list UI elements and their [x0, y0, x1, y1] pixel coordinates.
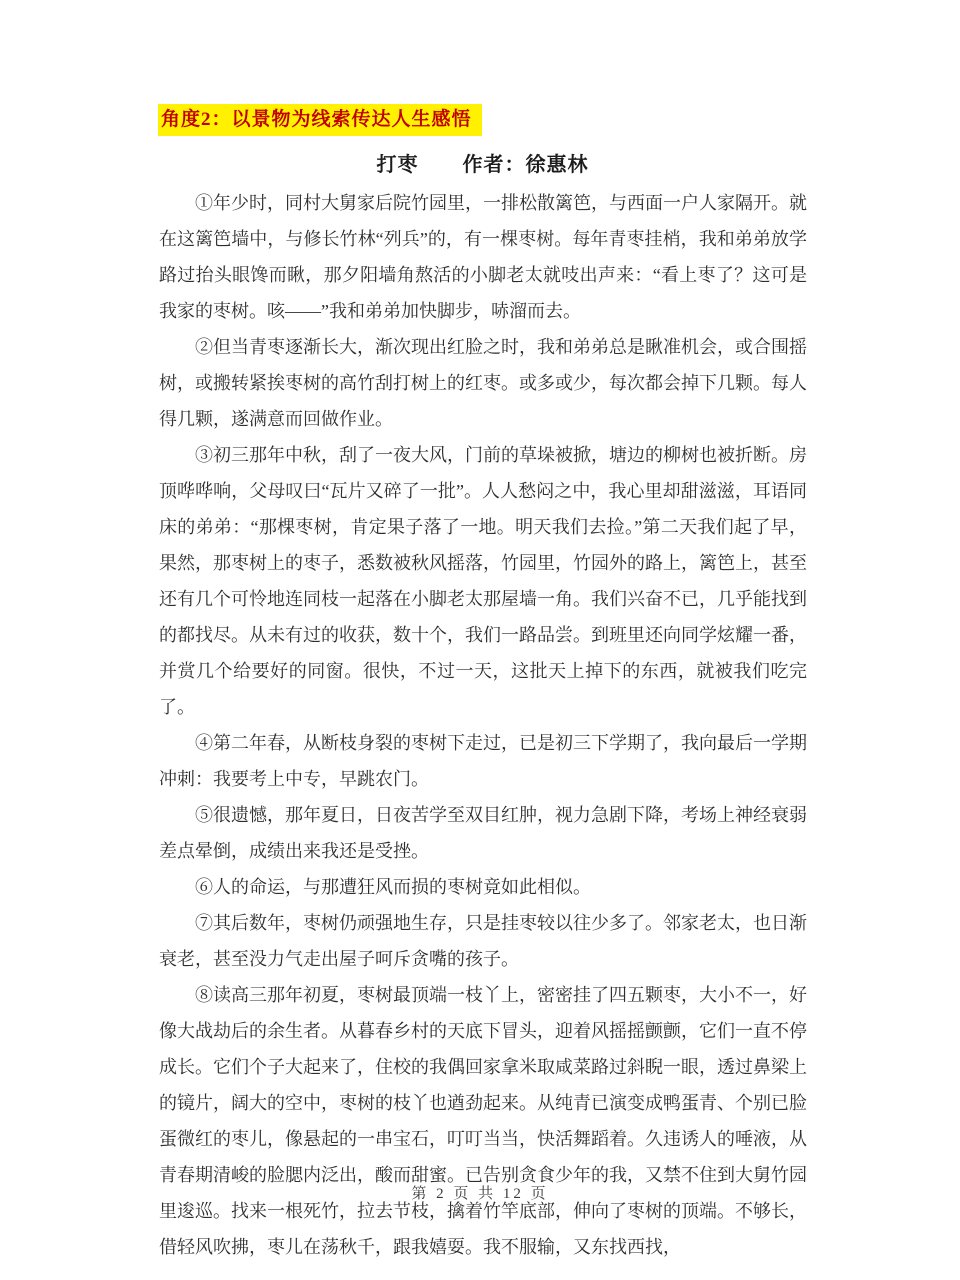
essay-paragraph-1: ①年少时，同村大舅家后院竹园里，一排松散篱笆，与西面一户人家隔开。就在这篱笆墙中… — [159, 185, 807, 329]
essay-paragraph-6: ⑥人的命运，与那遭狂风而损的枣树竟如此相似。 — [159, 869, 807, 905]
essay-body: ①年少时，同村大舅家后院竹园里，一排松散篱笆，与西面一户人家隔开。就在这篱笆墙中… — [159, 185, 807, 1265]
essay-title: 打枣 — [377, 154, 419, 176]
essay-paragraph-7: ⑦其后数年，枣树仍顽强地生存，只是挂枣较以往少多了。邻家老太，也日渐衰老，甚至没… — [159, 905, 807, 977]
page-number-footer: 第 2 页 共 12 页 — [0, 1183, 960, 1205]
essay-paragraph-8: ⑧读高三那年初夏，枣树最顶端一枝丫上，密密挂了四五颗枣，大小不一，好像大战劫后的… — [159, 977, 807, 1265]
essay-paragraph-4: ④第二年春，从断枝身裂的枣树下走过，已是初三下学期了，我向最后一学期冲刺：我要考… — [159, 725, 807, 797]
essay-author: 作者：徐惠林 — [463, 154, 589, 176]
essay-paragraph-3: ③初三那年中秋，刮了一夜大风，门前的草垛被掀，塘边的柳树也被折断。房顶哗哗响，父… — [159, 437, 807, 725]
section-heading-highlighted: 角度2：以景物为线索传达人生感悟 — [158, 104, 482, 136]
essay-paragraph-2: ②但当青枣逐渐长大，渐次现出红脸之时，我和弟弟总是瞅准机会，或合围摇树，或搬转紧… — [159, 329, 807, 437]
essay-paragraph-5: ⑤很遗憾，那年夏日，日夜苦学至双目红肿，视力急剧下降，考场上神经衰弱差点晕倒，成… — [159, 797, 807, 869]
essay-title-line: 打枣作者：徐惠林 — [160, 150, 805, 180]
